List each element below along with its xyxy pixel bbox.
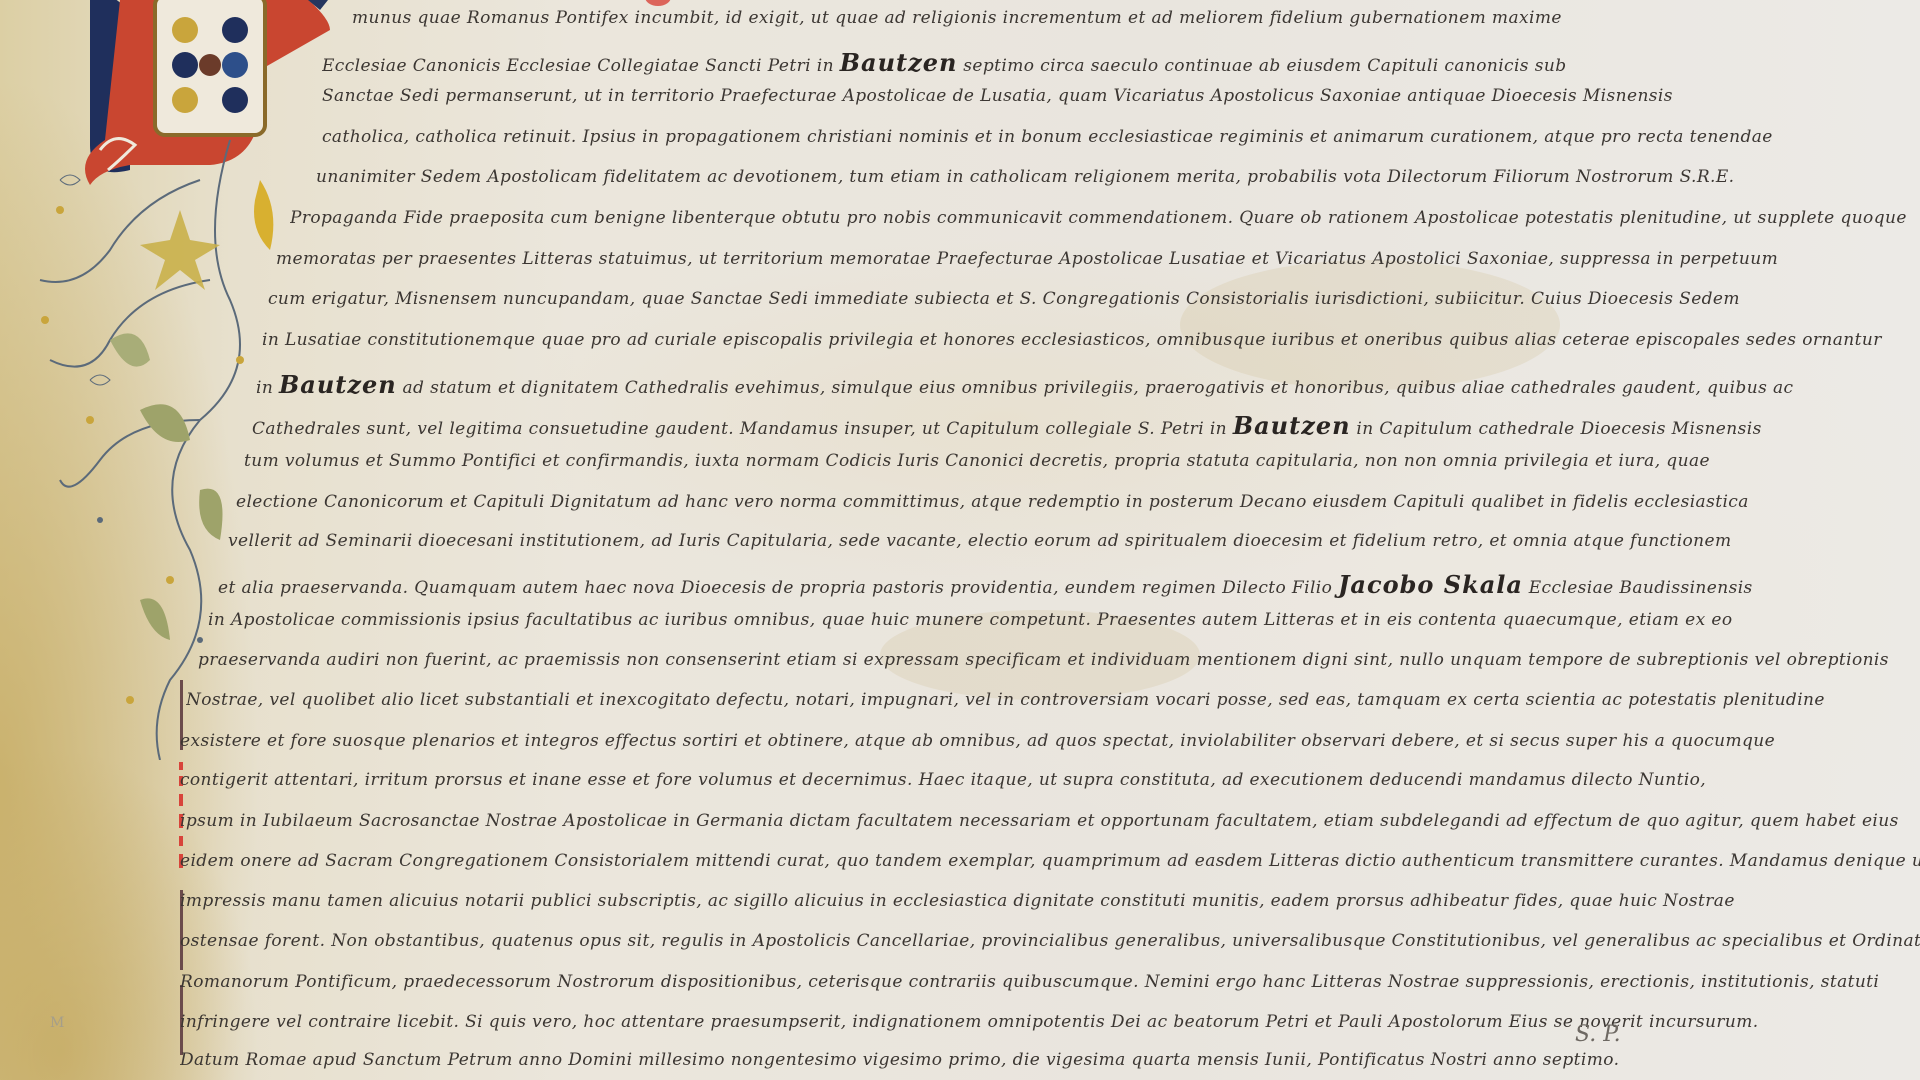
line-text: et alia praeservanda. Quamquam autem hae… — [218, 578, 1338, 598]
document-body: munus quae Romanus Pontifex incumbit, id… — [0, 0, 1920, 1080]
line-text: in Apostolicae commissionis ipsius facul… — [208, 610, 1732, 630]
line-text: contigerit attentari, irritum prorsus et… — [180, 770, 1706, 790]
manuscript-line: Datum Romae apud Sanctum Petrum anno Dom… — [180, 1050, 1920, 1070]
manuscript-line: Sanctae Sedi permanserunt, ut in territo… — [322, 86, 1920, 106]
highlighted-name: Jacobo Skala — [1338, 570, 1523, 599]
line-text: ipsum in Iubilaeum Sacrosanctae Nostrae … — [180, 811, 1899, 831]
manuscript-line: praeservanda audiri non fuerint, ac prae… — [198, 650, 1920, 670]
line-text: electione Canonicorum et Capituli Dignit… — [236, 492, 1749, 512]
line-text: munus quae Romanus Pontifex incumbit, id… — [352, 8, 1562, 28]
line-text: memoratas per praesentes Litteras statui… — [276, 249, 1778, 269]
manuscript-line: Nostrae, vel quolibet alio licet substan… — [186, 690, 1920, 710]
line-text: Propaganda Fide praeposita cum benigne l… — [290, 208, 1907, 228]
manuscript-line: unanimiter Sedem Apostolicam fidelitatem… — [316, 167, 1920, 187]
line-text: tum volumus et Summo Pontifici et confir… — [244, 451, 1710, 471]
manuscript-line: in Lusatiae constitutionemque quae pro a… — [262, 330, 1920, 350]
manuscript-line: exsistere et fore suosque plenarios et i… — [180, 731, 1920, 751]
manuscript-line: et alia praeservanda. Quamquam autem hae… — [218, 570, 1920, 599]
manuscript-line: Romanorum Pontificum, praedecessorum Nos… — [180, 972, 1920, 992]
manuscript-line: Cathedrales sunt, vel legitima consuetud… — [252, 411, 1920, 440]
manuscript-line: in Apostolicae commissionis ipsius facul… — [208, 610, 1920, 630]
line-text: Cathedrales sunt, vel legitima consuetud… — [252, 419, 1233, 439]
signature: S. P. — [1575, 1022, 1621, 1047]
line-text: exsistere et fore suosque plenarios et i… — [180, 731, 1775, 751]
manuscript-line: ipsum in Iubilaeum Sacrosanctae Nostrae … — [180, 811, 1920, 831]
line-text: Ecclesiae Canonicis Ecclesiae Collegiata… — [322, 56, 840, 76]
manuscript-line: ostensae forent. Non obstantibus, quaten… — [180, 931, 1920, 951]
line-text: impressis manu tamen alicuius notarii pu… — [180, 891, 1735, 911]
line-text: Romanorum Pontificum, praedecessorum Nos… — [180, 972, 1879, 992]
line-text: eidem onere ad Sacram Congregationem Con… — [180, 851, 1920, 871]
manuscript-line: cum erigatur, Misnensem nuncupandam, qua… — [268, 289, 1920, 309]
line-text: catholica, catholica retinuit. Ipsius in… — [322, 127, 1773, 147]
manuscript-line: Propaganda Fide praeposita cum benigne l… — [290, 208, 1920, 228]
line-text: in Lusatiae constitutionemque quae pro a… — [262, 330, 1882, 350]
line-text: vellerit ad Seminarii dioecesani institu… — [228, 531, 1732, 551]
line-text: praeservanda audiri non fuerint, ac prae… — [198, 650, 1889, 670]
manuscript-line: in Bautzen ad statum et dignitatem Cathe… — [256, 370, 1920, 399]
manuscript-line: memoratas per praesentes Litteras statui… — [276, 249, 1920, 269]
line-text: in — [256, 378, 279, 398]
highlighted-name: Bautzen — [1233, 411, 1351, 440]
line-text: ostensae forent. Non obstantibus, quaten… — [180, 931, 1920, 951]
manuscript-line: eidem onere ad Sacram Congregationem Con… — [180, 851, 1920, 871]
line-text: cum erigatur, Misnensem nuncupandam, qua… — [268, 289, 1740, 309]
manuscript-line: infringere vel contraire licebit. Si qui… — [180, 1012, 1920, 1032]
highlighted-name: Bautzen — [840, 48, 958, 77]
line-text: septimo circa saeculo continuae ab eiusd… — [957, 56, 1566, 76]
manuscript-line: tum volumus et Summo Pontifici et confir… — [244, 451, 1920, 471]
highlighted-name: Bautzen — [279, 370, 397, 399]
line-text: unanimiter Sedem Apostolicam fidelitatem… — [316, 167, 1734, 187]
line-text: Datum Romae apud Sanctum Petrum anno Dom… — [180, 1050, 1619, 1070]
line-text: in Capitulum cathedrale Dioecesis Misnen… — [1351, 419, 1762, 439]
line-text: infringere vel contraire licebit. Si qui… — [180, 1012, 1759, 1032]
manuscript-line: contigerit attentari, irritum prorsus et… — [180, 770, 1920, 790]
manuscript-line: Ecclesiae Canonicis Ecclesiae Collegiata… — [322, 48, 1920, 77]
manuscript-line: munus quae Romanus Pontifex incumbit, id… — [352, 8, 1920, 28]
line-text: Ecclesiae Baudissinensis — [1523, 578, 1753, 598]
archive-mark: M — [50, 1015, 64, 1031]
manuscript-line: vellerit ad Seminarii dioecesani institu… — [228, 531, 1920, 551]
manuscript-line: impressis manu tamen alicuius notarii pu… — [180, 891, 1920, 911]
line-text: Sanctae Sedi permanserunt, ut in territo… — [322, 86, 1673, 106]
manuscript-line: electione Canonicorum et Capituli Dignit… — [236, 492, 1920, 512]
manuscript-line: catholica, catholica retinuit. Ipsius in… — [322, 127, 1920, 147]
line-text: ad statum et dignitatem Cathedralis eveh… — [397, 378, 1794, 398]
line-text: Nostrae, vel quolibet alio licet substan… — [186, 690, 1825, 710]
